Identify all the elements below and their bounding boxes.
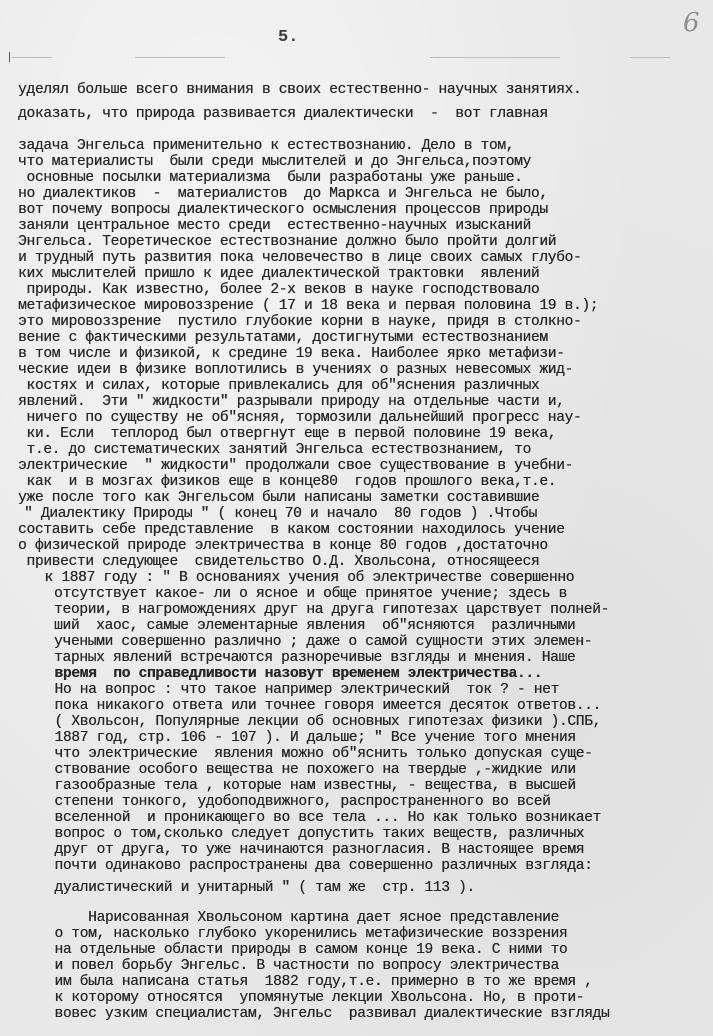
text-line: электрические " жидкости" продолжали сво… <box>18 458 573 474</box>
text-line: привести следующее свидетельство О.Д. Хв… <box>18 554 539 570</box>
text-line: Энгельса. Теоретическое естествознание д… <box>18 234 556 250</box>
text-line: учеными совершенно различно ; даже о сам… <box>54 634 592 650</box>
text-line: вовес узким специалистам, Энгельс развив… <box>46 1006 609 1022</box>
text-line: явлений. Эти " жидкости" разрывали приро… <box>18 394 565 410</box>
text-line: Нарисованная Хвольсоном картина дает ясн… <box>46 910 559 926</box>
text-line: на отдельные области природы в самом кон… <box>46 942 567 958</box>
header-rule <box>630 57 670 58</box>
header-rule <box>430 57 560 58</box>
text-line-part: доказать, что природа развивается диалек… <box>18 106 548 122</box>
text-line: газообразные тела , которые нам известны… <box>46 778 576 794</box>
text-line: 1887 год, стр. 106 - 107 ). И дальше; " … <box>46 730 576 746</box>
text-line: составить себе представление в каком сос… <box>18 522 565 538</box>
text-line: ствование особого вещества не похожего н… <box>46 762 576 778</box>
header-rule <box>12 57 52 58</box>
text-line: тарных явлений встречаются разноречивые … <box>54 650 575 666</box>
text-line: природы. Как известно, более 2-х веков в… <box>18 282 539 298</box>
text-line: вение с фактическими результатами, дости… <box>18 330 548 346</box>
text-line: как и в мозгах физиков еще в конце80 год… <box>18 474 556 490</box>
text-line: пока никакого ответа или точнее говоря и… <box>46 698 601 714</box>
text-line: отсутствует какое- ли о ясное и обще при… <box>54 586 567 602</box>
text-line: почти одинаково распространены два совер… <box>46 858 593 874</box>
text-line: " Диалектику Природы " ( конец 70 и нача… <box>24 506 537 522</box>
text-line: доказать, что природа развивается диалек… <box>18 106 548 122</box>
text-line: костях и силах, которые привлекались для… <box>18 378 539 394</box>
text-line: дуалистический и унитарный " ( там же ст… <box>46 880 475 896</box>
text-line: теории, в нагромождениях друг на друга г… <box>54 602 609 618</box>
text-line: ничего по существу не об"ясняя, тормозил… <box>18 410 581 426</box>
text-line: о том, насколько глубоко укоренились мет… <box>46 926 567 942</box>
text-line: основные посылки материализма были разра… <box>18 170 522 186</box>
text-line: в том числе и физикой, к средине 19 века… <box>18 346 565 362</box>
text-line: что материалисты были среди мыслителей и… <box>18 154 531 170</box>
text-line: ческие идеи в физике воплотились в учени… <box>18 362 573 378</box>
text-line: вселенной и проникающего во все тела ...… <box>46 810 601 826</box>
text-line: заняли центральное место среди естествен… <box>18 218 531 234</box>
text-line: это мировоззрение пустило глубокие корни… <box>18 314 581 330</box>
text-line: вопрос о том,сколько следует допустить т… <box>46 826 584 842</box>
text-line: уже после того как Энгельсом были написа… <box>18 490 539 506</box>
text-line: т.е. до систематических занятий Энгельса… <box>18 442 531 458</box>
margin-mark <box>9 52 10 62</box>
text-line: метафизическое мировоззрение ( 17 и 18 в… <box>18 298 598 314</box>
text-line: ( Хвольсон, Популярные лекции об основны… <box>46 714 601 730</box>
text-line: уделял больше всего внимания в своих ест… <box>18 82 581 98</box>
text-line: задача Энгельса применительно к естество… <box>18 138 514 154</box>
text-line: и повел борьбу Энгельс. В частности по в… <box>46 958 559 974</box>
text-line: ких мыслителей пришло к идее диалектичес… <box>18 266 539 282</box>
text-line: что электрические явления можно об"яснит… <box>46 746 593 762</box>
text-line: и трудный путь развития пока человечеств… <box>18 250 581 266</box>
text-line: им была написана статья 1882 году,т.е. п… <box>46 974 593 990</box>
text-line: к 1887 году : " В основаниях учения об э… <box>36 570 574 586</box>
text-line: Но на вопрос : что такое например электр… <box>46 682 559 698</box>
text-line: ший хаос, самые элементарные явления об"… <box>54 618 575 634</box>
text-line: к которому относятся упомянутые лекции Х… <box>46 990 584 1006</box>
text-line: о физической природе электричества в кон… <box>18 538 548 554</box>
text-line: друг от друга, то уже начинаются разногл… <box>46 842 584 858</box>
text-line: степени тонкого, удобоподвижного, распро… <box>46 794 550 810</box>
header-rule <box>135 57 225 58</box>
text-line: ки. Если теплород был отвергнут еще в пе… <box>18 426 556 442</box>
page-number: 5. <box>278 28 298 47</box>
text-line: вот почему вопросы диалектического осмыс… <box>18 202 548 218</box>
document-page: 5. 6 уделял больше всего внимания в свои… <box>0 0 713 1036</box>
text-line: но диалектиков - материалистов до Маркса… <box>18 186 548 202</box>
archive-folio-number: 6 <box>683 8 700 38</box>
text-line: время по справедливости назовут временем… <box>46 666 542 682</box>
